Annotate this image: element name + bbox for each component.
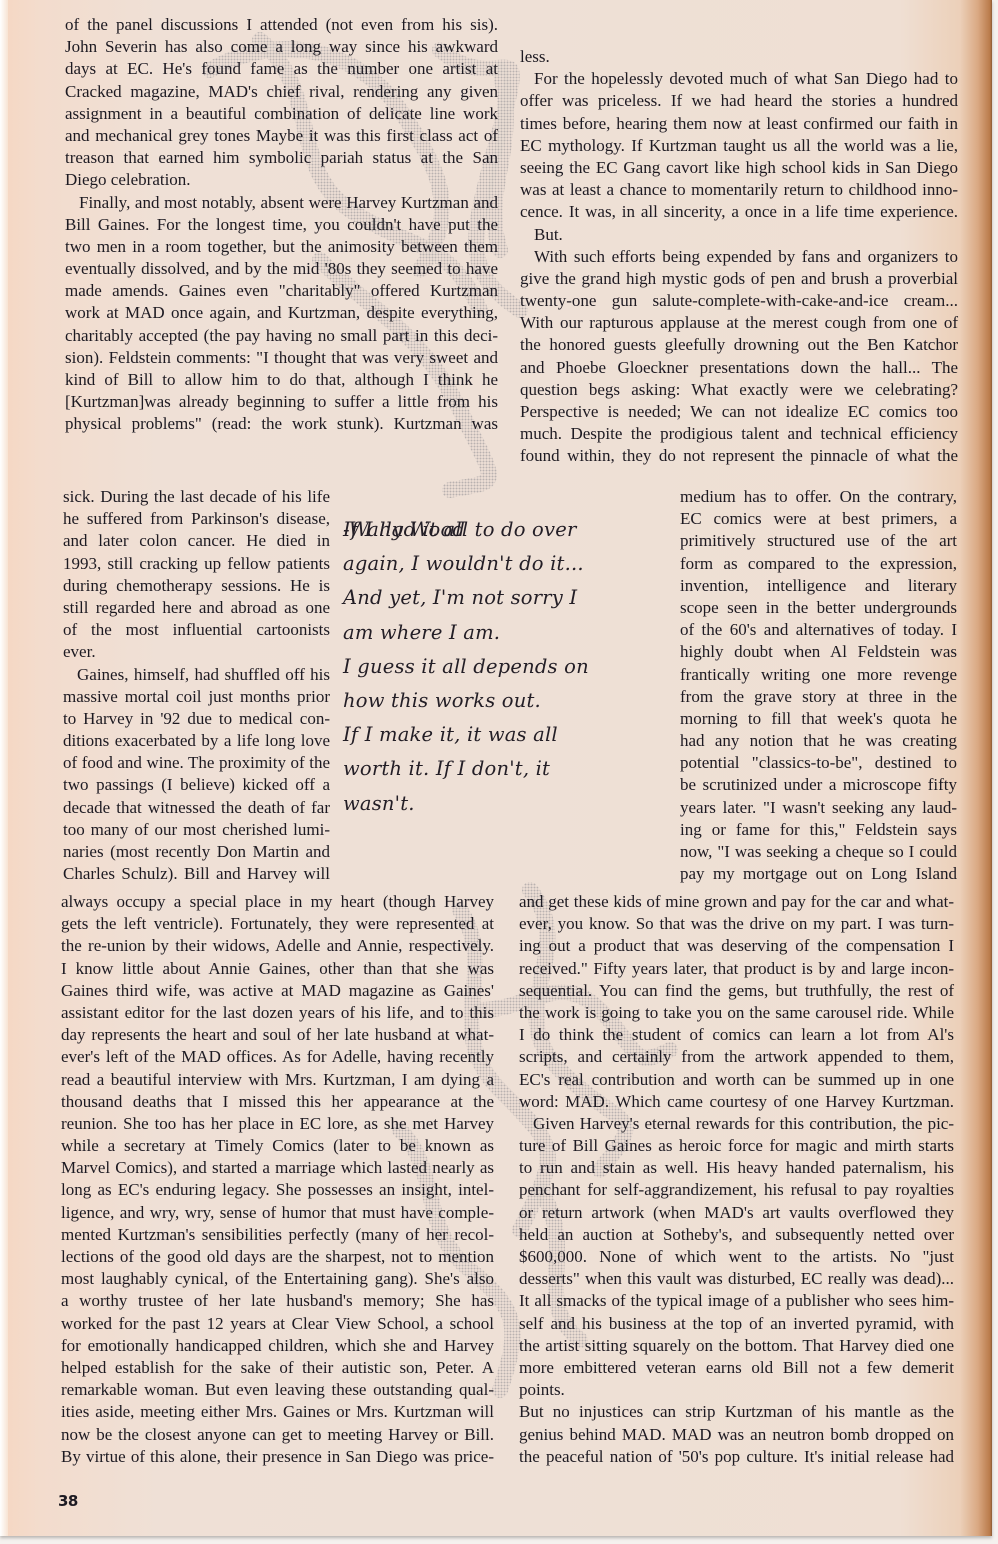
text-line: to Harvey in '92 due to medical con- <box>63 708 330 730</box>
text-line: genius behind MAD. MAD was an neutron bo… <box>519 1424 954 1446</box>
magazine-page: of the panel discussions I attended (not… <box>0 0 992 1536</box>
text-line: ture of Bill Gaines as heroic force for … <box>519 1135 954 1157</box>
text-line: the honored guests gleefully drowning ou… <box>520 334 958 356</box>
text-line: Perspective is needed; We can not ideali… <box>520 401 958 423</box>
text-line: ever, you know. So that was the drive on… <box>519 913 954 935</box>
text-line: medium has to offer. On the contrary, <box>680 486 957 508</box>
quote-line: how this works out. <box>343 684 643 718</box>
text-line: I know little about Annie Gaines, other … <box>61 958 494 980</box>
text-line: primitively structured use of the art <box>680 530 957 552</box>
text-line: decade that witnessed the death of far <box>63 797 330 819</box>
text-line: Bill Gaines. For the longest time, you c… <box>65 214 498 236</box>
text-line: twenty-one gun salute-complete-with-cake… <box>520 290 958 312</box>
text-line: much. Despite the prodigious talent and … <box>520 423 958 445</box>
text-line: $600,000. None of which went to the arti… <box>519 1246 954 1268</box>
text-line: long as EC's enduring legacy. She posses… <box>61 1179 494 1201</box>
text-line: to run and stain as well. His heavy hand… <box>519 1157 954 1179</box>
left-column-bottom: always occupy a special place in my hear… <box>61 891 494 1468</box>
text-line: highly doubt when Al Feldstein was <box>680 641 957 663</box>
text-line: sick. During the last decade of his life <box>63 486 330 508</box>
text-line: word: MAD. Which came courtesy of one Ha… <box>519 1091 954 1113</box>
quote-line: am where I am. <box>343 616 643 650</box>
text-line: now, "I was seeking a cheque so I could <box>680 841 957 863</box>
text-line: be scrutinized under a microscope fifty <box>680 774 957 796</box>
text-line: invention, intelligence and literary <box>680 575 957 597</box>
text-line: still regarded here and abroad as one <box>63 597 330 619</box>
text-line: charitably accepted (the pay having no s… <box>65 325 498 347</box>
text-line: reunion. She too has her place in EC lor… <box>61 1113 494 1135</box>
text-line: always occupy a special place in my hear… <box>61 891 494 913</box>
text-line: Charles Schulz). Bill and Harvey will <box>63 863 330 885</box>
quote-attribution: -Wally Wood <box>343 513 643 547</box>
text-line: treason that earned him symbolic pariah … <box>65 147 498 169</box>
text-line: Cracked magazine, MAD's chief rival, ren… <box>65 81 498 103</box>
text-line: desserts" when this vault was disturbed,… <box>519 1268 954 1290</box>
quote-line: wasn't. <box>343 787 643 821</box>
left-column-top: of the panel discussions I attended (not… <box>65 14 498 436</box>
text-line: two passings (I believe) kicked off a <box>63 774 330 796</box>
right-column-narrow: medium has to offer. On the contrary, EC… <box>680 486 957 885</box>
text-line: lections of the good old days are the sh… <box>61 1246 494 1268</box>
text-line: the re-union by their widows, Adelle and… <box>61 935 494 957</box>
text-line: ing or fame for this," Feldstein says <box>680 819 957 841</box>
text-line: ditions exacerbated by a life long love <box>63 730 330 752</box>
right-column-top: less. For the hopelessly devoted much of… <box>520 46 958 468</box>
text-line: With such efforts being expended by fans… <box>520 246 958 268</box>
text-line: But no injustices can strip Kurtzman of … <box>519 1401 954 1423</box>
text-line: for emotionally handicapped children, wh… <box>61 1335 494 1357</box>
text-line: and mechanical grey tones Maybe it was t… <box>65 125 498 147</box>
text-line: day represents the heart and soul of her… <box>61 1024 494 1046</box>
page-left-edge <box>0 0 8 1536</box>
text-line: the peaceful nation of '50's pop culture… <box>519 1446 954 1468</box>
text-line: now be the closest anyone can get to mee… <box>61 1424 494 1446</box>
text-line: less. <box>520 46 958 68</box>
text-line: ities aside, meeting either Mrs. Gaines … <box>61 1401 494 1423</box>
text-line: sequential. You can find the gems, but t… <box>519 980 954 1002</box>
text-line: EC's real contribution and worth can be … <box>519 1069 954 1091</box>
text-line: morning to fill that week's quota he <box>680 708 957 730</box>
text-line: during chemotherapy sessions. He is <box>63 575 330 597</box>
text-line: too many of our most cherished lumi- <box>63 819 330 841</box>
text-line: Marvel Comics), and started a marriage w… <box>61 1157 494 1179</box>
text-line: and Phoebe Gloeckner presentations down … <box>520 357 958 379</box>
text-line: from the grave story at three in the <box>680 686 957 708</box>
text-line: mented Kurtzman's sensibilities perfectl… <box>61 1224 494 1246</box>
text-line: Given Harvey's eternal rewards for this … <box>519 1113 954 1135</box>
text-line: helped establish for the sake of their a… <box>61 1357 494 1379</box>
text-line: EC comics were at best primers, a <box>680 508 957 530</box>
text-line: he suffered from Parkinson's disease, <box>63 508 330 530</box>
quote-line: And yet, I'm not sorry I <box>343 581 643 615</box>
text-line: ever. <box>63 641 330 663</box>
text-line: gets the left ventricle). Fortunately, t… <box>61 913 494 935</box>
text-line: eventually dissolved, and by the mid '80… <box>65 258 498 280</box>
text-line: It all smacks of the typical image of a … <box>519 1290 954 1312</box>
text-line: sion). Feldstein comments: "I thought th… <box>65 347 498 369</box>
text-line: work at MAD once again, and Kurtzman, de… <box>65 302 498 324</box>
text-line: or return artwork (when MAD's art vaults… <box>519 1202 954 1224</box>
text-line: physical problems" (read: the work stunk… <box>65 413 498 435</box>
text-line: of the most influential cartoonists <box>63 619 330 641</box>
text-line: potential "classics-to-be", destined to <box>680 752 957 774</box>
text-line: ever's left of the MAD offices. As for A… <box>61 1046 494 1068</box>
text-line: naries (most recently Don Martin and <box>63 841 330 863</box>
text-line: held an auction at Sotheby's, and subseq… <box>519 1224 954 1246</box>
quote-line: worth it. If I don't, it <box>343 752 643 786</box>
text-line: With our rapturous applause at the meres… <box>520 312 958 334</box>
text-line: kind of Bill to allow him to do that, al… <box>65 369 498 391</box>
text-line: remarkable woman. But even leaving these… <box>61 1379 494 1401</box>
text-line: give the grand high mystic gods of pen a… <box>520 268 958 290</box>
page-number: 38 <box>58 1492 78 1510</box>
text-line: times before, hearing them now at least … <box>520 113 958 135</box>
text-line: scripts, and certainly from the artwork … <box>519 1046 954 1068</box>
text-line: days at EC. He's found fame as the numbe… <box>65 58 498 80</box>
text-line: the work is going to take you on the sam… <box>519 1002 954 1024</box>
text-line: more embittered veteran earns old Bill n… <box>519 1357 954 1379</box>
text-line: Finally, and most notably, absent were H… <box>65 192 498 214</box>
text-line: penchant for self-aggrandizement, his re… <box>519 1179 954 1201</box>
text-line: pay my mortgage out on Long Island <box>680 863 957 885</box>
left-column-narrow: sick. During the last decade of his life… <box>63 486 330 885</box>
text-line: points. <box>519 1379 954 1401</box>
text-line: But. <box>520 224 958 246</box>
text-line: [Kurtzman]was already beginning to suffe… <box>65 391 498 413</box>
text-line: Diego celebration. <box>65 169 498 191</box>
text-line: ligence, and wry, wry, sense of humor th… <box>61 1202 494 1224</box>
text-line: thousand deaths that I missed this her a… <box>61 1091 494 1113</box>
text-line: worked for the past 12 years at Clear Vi… <box>61 1313 494 1335</box>
text-line: Gaines third wife, was active at MAD mag… <box>61 980 494 1002</box>
right-column-bottom: and get these kids of mine grown and pay… <box>519 891 954 1468</box>
text-line: For the hopelessly devoted much of what … <box>520 68 958 90</box>
pull-quote: If I had it all to do over again, I woul… <box>343 513 643 821</box>
text-line: cence. It was, in all sincerity, a once … <box>520 201 958 223</box>
text-line: received." Fifty years later, that produ… <box>519 958 954 980</box>
text-line: Gaines, himself, had shuffled off his <box>63 664 330 686</box>
text-line: and get these kids of mine grown and pay… <box>519 891 954 913</box>
text-line: seeing the EC Gang cavort like high scho… <box>520 157 958 179</box>
text-line: made amends. Gaines even "charitably" of… <box>65 280 498 302</box>
quote-line: If I make it, it was all <box>343 718 643 752</box>
text-line: found within, they do not represent the … <box>520 445 958 467</box>
text-line: assignment in a beautiful combination of… <box>65 103 498 125</box>
text-line: question begs asking: What exactly were … <box>520 379 958 401</box>
quote-line: again, I wouldn't do it... <box>343 547 643 581</box>
text-line: of the panel discussions I attended (not… <box>65 14 498 36</box>
text-line: frantically writing one more revenge <box>680 664 957 686</box>
text-line: I do think the student of comics can lea… <box>519 1024 954 1046</box>
text-line: EC mythology. If Kurtzman taught us all … <box>520 135 958 157</box>
text-line: the artist sitting squarely on the botto… <box>519 1335 954 1357</box>
text-line: read a beautiful interview with Mrs. Kur… <box>61 1069 494 1091</box>
text-line: while a secretary at Timely Comics (late… <box>61 1135 494 1157</box>
text-line: scope seen in the better undergrounds <box>680 597 957 619</box>
text-line: offer was priceless. If we had heard the… <box>520 90 958 112</box>
text-line: of food and wine. The proximity of the <box>63 752 330 774</box>
text-line: was at least a chance to momentarily ret… <box>520 179 958 201</box>
text-line: most laughably cynical, of the Entertain… <box>61 1268 494 1290</box>
text-line: had any notion that he was creating <box>680 730 957 752</box>
text-line: form as compared to the expression, <box>680 553 957 575</box>
quote-line: I guess it all depends on <box>343 650 643 684</box>
text-line: John Severin has also come a long way si… <box>65 36 498 58</box>
text-line: years later. "I wasn't seeking any laud- <box>680 797 957 819</box>
text-line: assistant editor for the last dozen year… <box>61 1002 494 1024</box>
text-line: and later colon cancer. He died in <box>63 530 330 552</box>
text-line: massive mortal coil just months prior <box>63 686 330 708</box>
text-line: a worthy trustee of her late husband's m… <box>61 1290 494 1312</box>
text-line: 1993, still cracking up fellow patients <box>63 553 330 575</box>
text-line: two men in a room together, but the anim… <box>65 236 498 258</box>
text-line: of the 60's and alternatives of today. I <box>680 619 957 641</box>
text-line: self and his business at the top of an i… <box>519 1313 954 1335</box>
text-line: By virtue of this alone, their presence … <box>61 1446 494 1468</box>
text-line: ing out a product that was deserving of … <box>519 935 954 957</box>
